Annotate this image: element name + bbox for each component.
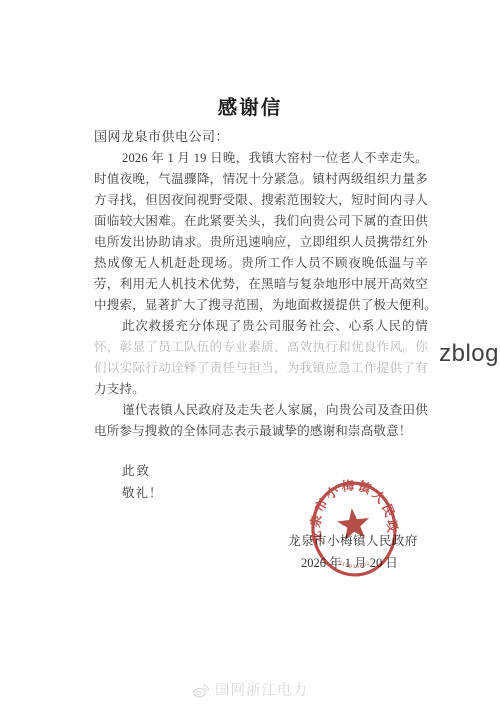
body-line: 中搜索，显著扩大了搜寻范围，为地面救援提供了极大便利。	[94, 295, 428, 316]
body-line: 电所参与搜救的全体同志表示最诚挚的感谢和崇高敬意！	[94, 421, 428, 442]
watermark-zblog: zblog	[439, 340, 499, 368]
footer-watermark: 国网浙江电力	[0, 679, 500, 700]
closing-jingli: 敬礼！	[122, 483, 163, 501]
body-line: 怀，彰显了员工队伍的专业素质、高效执行和优良作风。你	[94, 337, 428, 358]
official-seal: 龙泉市小梅镇人民政府 110918802	[264, 449, 444, 609]
seal-serial: 110918802	[337, 557, 372, 572]
closing-cizhi: 此致	[122, 461, 151, 479]
body-lines: 2026 年 1 月 19 日晚，我镇大窑村一位老人不幸走失。时值夜晚，气温骤降…	[94, 148, 428, 442]
body-line: 力支持。	[94, 379, 428, 400]
body-line: 时值夜晚，气温骤降，情况十分紧急。镇村两级组织力量多	[94, 169, 428, 190]
body-line: 面临较大困难。在此紧要关头，我们向贵公司下属的查田供	[94, 211, 428, 232]
body-line: 劳，利用无人机技术优势，在黑暗与复杂地形中展开高效空	[94, 274, 428, 295]
body-line: 电所发出协助请求。贵所迅速响应，立即组织人员携带红外	[94, 232, 428, 253]
recipient-line: 国网龙泉市供电公司：	[94, 126, 434, 145]
body-line: 2026 年 1 月 19 日晚，我镇大窑村一位老人不幸走失。	[94, 148, 428, 169]
body-line: 们以实际行动诠释了责任与担当，为我镇应急工作提供了有	[94, 358, 428, 379]
body-line: 热成像无人机赶赴现场。贵所工作人员不顾夜晚低温与辛	[94, 253, 428, 274]
body-line: 方寻找，但因夜间视野受限、搜索范围较大，短时间内寻人	[94, 190, 428, 211]
body-line: 此次救援充分体现了贵公司服务社会、心系人民的情	[94, 316, 428, 337]
footer-watermark-label: 国网浙江电力	[215, 679, 308, 700]
body-line: 谨代表镇人民政府及走失老人家属，向贵公司及查田供	[94, 400, 428, 421]
page-title: 感谢信	[0, 92, 500, 120]
weibo-icon	[192, 681, 210, 699]
seal-arc-text: 龙泉市小梅镇人民政府	[264, 449, 401, 551]
seal-star	[336, 506, 371, 540]
letter-page: 感谢信 国网龙泉市供电公司： 2026 年 1 月 19 日晚，我镇大窑村一位老…	[0, 0, 500, 707]
